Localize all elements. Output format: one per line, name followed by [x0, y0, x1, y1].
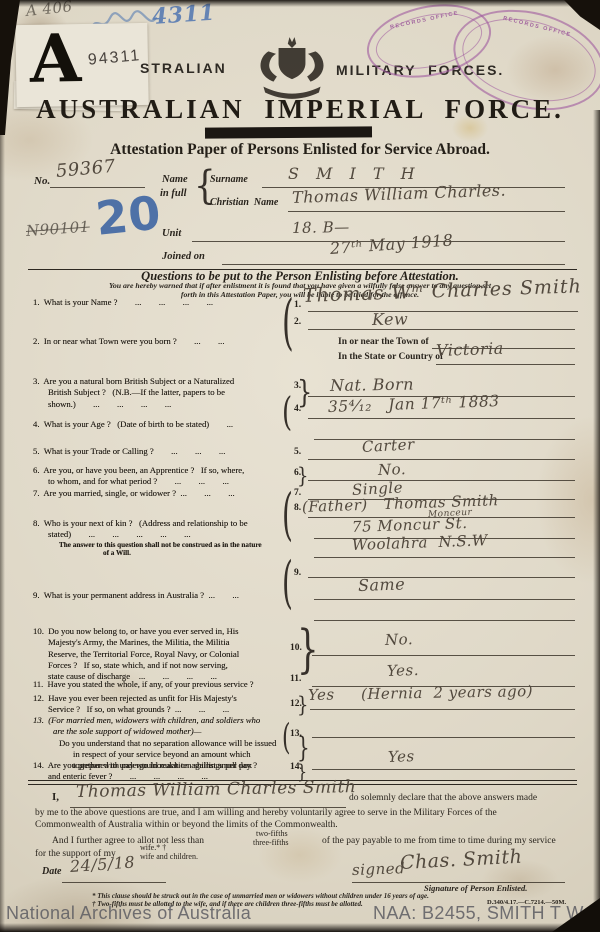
- answer-11: Yes.: [387, 661, 420, 680]
- answer-number: 1.: [294, 300, 301, 310]
- question-5: 5. What is your Trade or Calling ? ... .…: [33, 446, 308, 457]
- answer-number: 8.: [294, 503, 301, 513]
- declaration-line1: do solemnly declare that the above answe…: [349, 793, 537, 803]
- date-value: 24/5/18: [69, 852, 135, 876]
- answer-number: 12.: [290, 699, 302, 709]
- footnote-1: * This clause should be struck out in th…: [92, 892, 429, 900]
- christian-name-label: Christian Name: [210, 197, 278, 208]
- allotment-left: And I further agree to allot not less th…: [52, 836, 204, 846]
- question-8: 8. Who is your next of kin ? (Address an…: [33, 518, 308, 558]
- answer-14: Yes: [388, 747, 415, 766]
- answer-number: 14.: [290, 762, 302, 772]
- struck-number: N90101: [25, 218, 90, 240]
- surname-label: Surname: [210, 174, 248, 185]
- label-number: 94311: [87, 47, 142, 70]
- masthead-australian: STRALIAN: [140, 60, 227, 76]
- coat-of-arms: [250, 36, 334, 102]
- name-label: Name: [162, 174, 188, 185]
- declaration-line2: by me to the above questions are true, a…: [35, 808, 497, 818]
- support-bottom: wife and children.: [140, 852, 198, 861]
- document-title: AUSTRALIAN IMPERIAL FORCE.: [0, 94, 600, 125]
- answer-bracket: (: [282, 289, 294, 359]
- naa-watermark-right: NAA: B2455, SMITH T W C: [373, 903, 600, 924]
- signature-caption: Signature of Person Enlisted.: [424, 883, 527, 893]
- surname-value: S M I T H: [288, 164, 421, 183]
- answer-9: Same: [358, 574, 406, 595]
- support-top: wife.* †: [140, 843, 166, 852]
- answer-10: No.: [385, 630, 414, 649]
- question-6: 6. Are you, or have you been, an Apprent…: [33, 465, 308, 488]
- fraction-top: two-fifths: [256, 829, 288, 838]
- answer-number: 10.: [290, 643, 302, 653]
- signed-word: signed: [352, 859, 406, 879]
- series-letter: A: [29, 18, 82, 99]
- answer-bracket: (: [282, 391, 292, 436]
- answer-6: No.: [378, 460, 407, 479]
- answer-number: 13.: [290, 729, 302, 739]
- ink-bar: [205, 126, 372, 138]
- answer-number: 4.: [294, 404, 301, 414]
- answer-number: 3.: [294, 381, 301, 391]
- rule-line: [222, 263, 565, 265]
- answer-number: 2.: [294, 317, 301, 327]
- unit-label: Unit: [162, 228, 181, 239]
- fraction-bottom: three-fifths: [253, 838, 289, 847]
- declaration-line3: Commonwealth of Australia within or beyo…: [35, 820, 338, 830]
- question-12: 12. Have you ever been rejected as unfit…: [33, 693, 308, 716]
- question-9: 9. What is your permanent address in Aus…: [33, 590, 308, 601]
- christian-name-value: Thomas William Charles.: [292, 181, 507, 207]
- question-11: 11. Have you stated the whole, if any, o…: [33, 679, 308, 690]
- signature: Chas. Smith: [399, 846, 522, 874]
- answer-number: 5.: [294, 447, 301, 457]
- scan-edge-top: [0, 0, 600, 7]
- blue-number: 20: [93, 185, 163, 246]
- answer-5: Carter: [362, 435, 416, 456]
- allotment-right: of the pay payable to me from time to ti…: [322, 836, 556, 846]
- rule-line: [288, 210, 565, 212]
- scan-edge-left: [0, 0, 5, 932]
- date-label: Date: [42, 866, 61, 877]
- answer-bracket: (: [282, 482, 293, 548]
- answer-number: 9.: [294, 568, 301, 578]
- answer-2-town: Kew: [372, 309, 409, 329]
- declaration-pronoun: I,: [52, 791, 59, 803]
- question-7: 7. Are you married, single, or widower ?…: [33, 488, 308, 499]
- service-number: 59367: [55, 156, 116, 182]
- declaration-name: Thomas William Charles Smith: [76, 777, 357, 802]
- answer-number: 11.: [290, 674, 301, 684]
- question-4: 4. What is your Age ? (Date of birth to …: [33, 419, 308, 430]
- question-3: 3. Are you a natural born British Subjec…: [33, 376, 308, 410]
- answer-number: 6.: [294, 468, 301, 478]
- question-1: 1. What is your Name ? ... ... ... ...: [33, 297, 308, 308]
- answer-8-line3: Woolahra N.S.W: [352, 531, 488, 554]
- answer-12: Yes (Hernia 2 years ago): [308, 682, 533, 704]
- answer-number: 7.: [294, 488, 301, 498]
- answer-2-state: Victoria: [436, 339, 504, 360]
- attestation-paper-scan: A 406 4311 A 94311 STRALIAN MILITARY FOR…: [0, 0, 600, 932]
- name-label-2: in full: [160, 188, 187, 199]
- state-of-label: In the State or Country of: [338, 352, 443, 362]
- question-10: 10. Do you now belong to, or have you ev…: [33, 626, 308, 682]
- no-label: No.: [34, 175, 50, 187]
- unit-value: 18. B—: [292, 218, 350, 237]
- naa-watermark-left: National Archives of Australia: [6, 903, 251, 924]
- scan-edge-right: [593, 110, 600, 932]
- document-subtitle: Attestation Paper of Persons Enlisted fo…: [0, 141, 600, 159]
- town-of-label: In or near the Town of: [338, 337, 429, 347]
- answer-3: Nat. Born: [330, 375, 414, 395]
- joined-on-label: Joined on: [162, 251, 205, 262]
- scan-edge-bottom: [0, 923, 600, 932]
- answer-bracket: (: [282, 550, 293, 616]
- question-2: 2. In or near what Town were you born ? …: [33, 336, 308, 347]
